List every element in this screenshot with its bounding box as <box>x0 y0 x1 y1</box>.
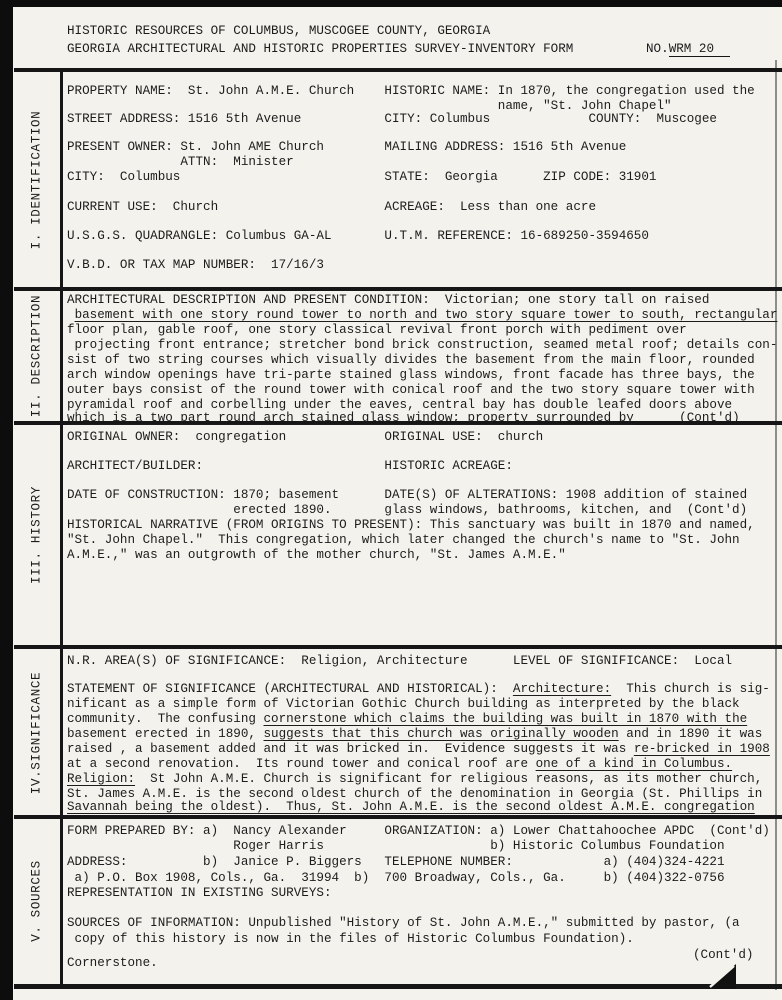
significance-statement-line: raised , a basement added and it was bri… <box>67 742 770 757</box>
significance-line-nr-level: N.R. AREA(S) OF SIGNIFICANCE: Religion, … <box>67 654 732 669</box>
significance-statement-line: community. The confusing cornerstone whi… <box>67 712 747 727</box>
significance-statement-line: basement erected in 1890, suggests that … <box>67 727 762 742</box>
identification-line-property-historic: PROPERTY NAME: St. John A.M.E. Church HI… <box>67 84 755 99</box>
section-label-history: III. HISTORY <box>30 486 45 584</box>
scan-edge-left <box>0 0 13 1000</box>
description-line-contd: which is a two part round arch stained g… <box>67 411 740 426</box>
significance-statement-line: STATEMENT OF SIGNIFICANCE (ARCHITECTURAL… <box>67 682 770 697</box>
description-line: ARCHITECTURAL DESCRIPTION AND PRESENT CO… <box>67 293 709 308</box>
scan-edge-top <box>0 0 782 7</box>
history-line-construction-alterations-2: erected 1890. glass windows, bathrooms, … <box>67 503 747 518</box>
page-curl-icon <box>708 964 736 989</box>
form-title-line1: HISTORIC RESOURCES OF COLUMBUS, MUSCOGEE… <box>67 24 490 39</box>
history-line-narrative-1: HISTORICAL NARRATIVE (FROM ORIGINS TO PR… <box>67 518 755 533</box>
sources-line-representation: REPRESENTATION IN EXISTING SURVEYS: <box>67 886 332 901</box>
sources-line-information-2: copy of this history is now in the files… <box>67 932 634 947</box>
description-line: floor plan, gable roof, one story classi… <box>67 323 687 338</box>
divider-section-1-2 <box>14 287 782 291</box>
divider-bottom <box>14 984 782 989</box>
identification-line-attn: ATTN: Minister <box>67 155 294 170</box>
form-number-value: WRM 20 <box>669 42 730 57</box>
divider-section-3-4 <box>14 645 782 649</box>
sources-line-prepared-org-2: Roger Harris b) Historic Columbus Founda… <box>67 839 725 854</box>
form-number-label: NO. <box>646 42 669 56</box>
description-line: sist of two string courses which visuall… <box>67 353 755 368</box>
sources-line-address-phone-2: a) P.O. Box 1908, Cols., Ga. 31994 b) 70… <box>67 871 725 886</box>
form-title-line2: GEORGIA ARCHITECTURAL AND HISTORIC PROPE… <box>67 42 573 57</box>
section-label-sources: V. SOURCES <box>30 860 45 942</box>
sources-contd: (Cont'd) <box>693 948 753 963</box>
significance-statement-line: nificant as a simple form of Victorian G… <box>67 697 740 712</box>
identification-line-owner-mailing: PRESENT OWNER: St. John AME Church MAILI… <box>67 140 626 155</box>
history-line-narrative-3: A.M.E.," was an outgrowth of the mother … <box>67 548 566 563</box>
scan-edge-right <box>775 60 777 990</box>
description-line: basement with one story round tower to n… <box>67 308 777 323</box>
sources-line-prepared-org: FORM PREPARED BY: a) Nancy Alexander ORG… <box>67 824 770 839</box>
section-label-description: II. DESCRIPTION <box>30 295 45 417</box>
history-line-architect-acreage: ARCHITECT/BUILDER: HISTORIC ACREAGE: <box>67 459 513 474</box>
section-label-identification: I. IDENTIFICATION <box>30 111 45 250</box>
survey-form-page: HISTORIC RESOURCES OF COLUMBUS, MUSCOGEE… <box>0 0 782 1000</box>
identification-line-use-acreage: CURRENT USE: Church ACREAGE: Less than o… <box>67 200 596 215</box>
sources-line-address-phone: ADDRESS: b) Janice P. Biggers TELEPHONE … <box>67 855 725 870</box>
sources-line-cornerstone: Cornerstone. <box>67 956 158 971</box>
description-line: outer bays consist of the round tower wi… <box>67 383 755 398</box>
description-line: arch window openings have tri-parte stai… <box>67 368 755 383</box>
description-line: projecting front entrance; stretcher bon… <box>67 338 777 353</box>
history-line-narrative-2: "St. John Chapel." This congregation, wh… <box>67 533 740 548</box>
significance-statement-line: Savannah being the oldest). Thus, St. Jo… <box>67 800 755 815</box>
divider-header <box>14 68 782 72</box>
history-line-construction-alterations: DATE OF CONSTRUCTION: 1870; basement DAT… <box>67 488 747 503</box>
identification-line-taxmap: V.B.D. OR TAX MAP NUMBER: 17/16/3 <box>67 258 324 273</box>
form-number: NO.WRM 20 <box>646 42 730 57</box>
divider-section-4-5 <box>14 815 782 819</box>
significance-statement-line: at a second renovation. Its round tower … <box>67 757 732 772</box>
significance-statement-line: Religion: St John A.M.E. Church is signi… <box>67 772 762 787</box>
gutter-divider <box>60 68 63 988</box>
history-line-owner-use: ORIGINAL OWNER: congregation ORIGINAL US… <box>67 430 543 445</box>
section-label-significance: IV.SIGNIFICANCE <box>30 672 45 794</box>
identification-line-quadrangle-utm: U.S.G.S. QUADRANGLE: Columbus GA-AL U.T.… <box>67 229 649 244</box>
identification-line-address-city-county: STREET ADDRESS: 1516 5th Avenue CITY: Co… <box>67 112 717 127</box>
identification-line-city-state-zip: CITY: Columbus STATE: Georgia ZIP CODE: … <box>67 170 656 185</box>
sources-line-information-1: SOURCES OF INFORMATION: Unpublished "His… <box>67 916 740 931</box>
